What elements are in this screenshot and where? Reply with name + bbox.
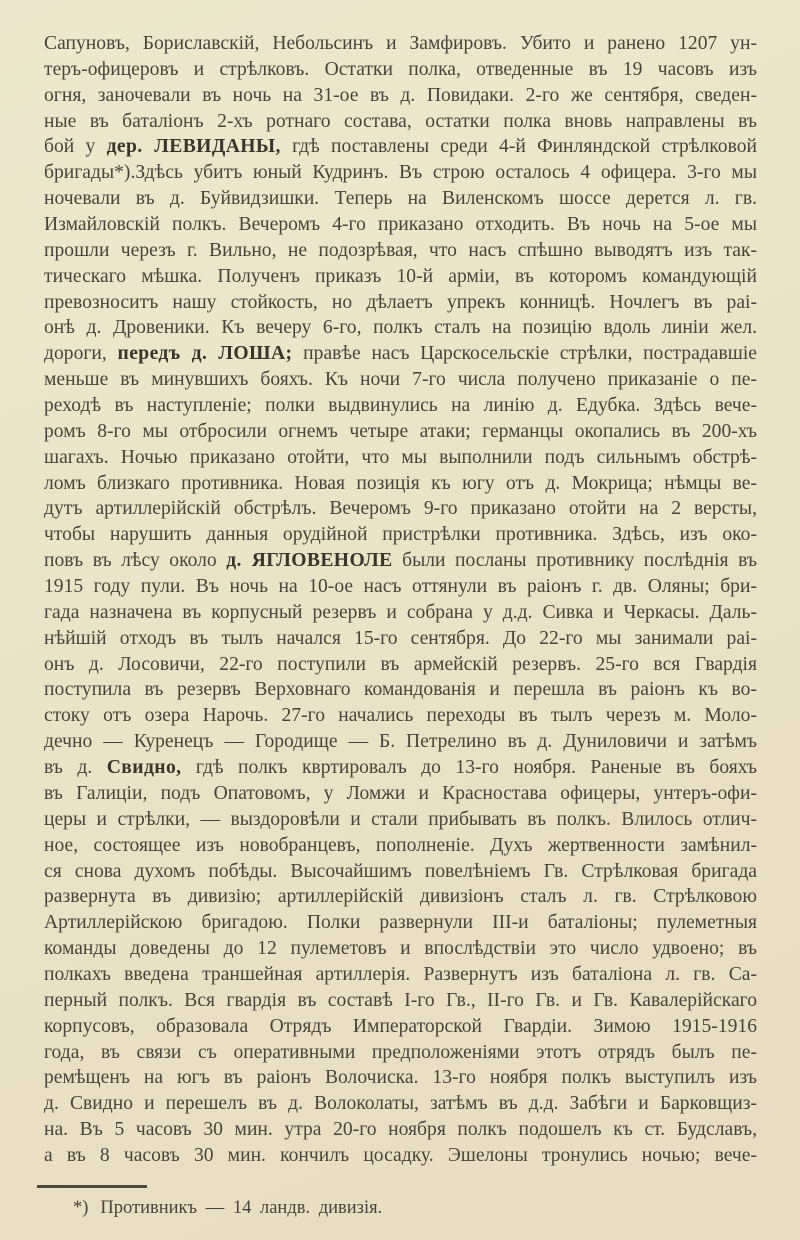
text-line: теръ-офицеровъ и стрѣлковъ. Остатки полк… — [44, 57, 757, 83]
text-line: ное, состоящее изъ новобранцевъ, пополне… — [44, 833, 757, 859]
text-line: онъ д. Лосовичи, 22-го поступили въ арме… — [44, 652, 757, 678]
text-line: церы и стрѣлки, — выздоровѣли и стали пр… — [44, 807, 757, 833]
text-line: года, въ связи съ оперативными предполож… — [44, 1040, 757, 1066]
text-line: дечно — Куренецъ — Городище — Б. Петрели… — [44, 729, 757, 755]
text-line: а въ 8 часовъ 30 мин. кончилъ цосадку. Э… — [44, 1143, 757, 1169]
place-name-emphasis: Свидно, — [107, 757, 182, 778]
text-line: нѣйшій отходъ въ тылъ начался 15-го сент… — [44, 626, 757, 652]
text-line: д. Свидно и перешелъ въ д. Волоколаты, з… — [44, 1091, 757, 1117]
text-line: корпусовъ, образовала Отрядъ Императорск… — [44, 1014, 757, 1040]
text-line: тическаго мѣшка. Полученъ приказъ 10-й а… — [44, 264, 757, 290]
text-line: въ д. Свидно, гдѣ полкъ квртировалъ до 1… — [44, 755, 757, 781]
text-line: на. Въ 5 часовъ 30 мин. утра 20-го ноябр… — [44, 1117, 757, 1143]
text-line: шагахъ. Ночью приказано отойти, что мы в… — [44, 445, 757, 471]
text-line: команды доведены до 12 пулеметовъ и впос… — [44, 936, 757, 962]
text-line: гада назначена въ корпусный резервъ и со… — [44, 600, 757, 626]
footnote: *)Противникъ — 14 ландв. дивизія. — [73, 1196, 382, 1220]
footnote-marker: *) — [73, 1198, 88, 1218]
text-line: развернута въ дивизію; артиллерійскій ди… — [44, 884, 757, 910]
text-line: ремѣщенъ на югъ въ раіонъ Волочиска. 13-… — [44, 1065, 757, 1091]
text-line: ся снова духомъ побѣды. Высочайшимъ пове… — [44, 859, 757, 885]
text-line: Измайловскій полкъ. Вечеромъ 4-го приказ… — [44, 212, 757, 238]
text-line: полкахъ введена траншейная артиллерія. Р… — [44, 962, 757, 988]
text-line: реходѣ въ наступленіе; полки выдвинулись… — [44, 393, 757, 419]
text-line: 1915 году пули. Въ ночь на 10-ое насъ от… — [44, 574, 757, 600]
text-line: меньше въ минувшихъ бояхъ. Къ ночи 7-го … — [44, 367, 757, 393]
text-line: чтобы нарушить данныя орудійной пристрѣл… — [44, 522, 757, 548]
book-page: Сапуновъ, Бориславскій, Небольсинъ и Зам… — [0, 0, 800, 1240]
place-name-emphasis: передъ д. ЛОША; — [118, 343, 293, 364]
text-line: поступила въ резервъ Верховнаго командов… — [44, 677, 757, 703]
text-line: превозноситъ нашу стойкость, но дѣлаетъ … — [44, 290, 757, 316]
text-line: перный полкъ. Вся гвардія въ составѣ I-г… — [44, 988, 757, 1014]
text-line: стоку отъ озера Нарочь. 27-го начались п… — [44, 703, 757, 729]
text-line: ломъ близкаго противника. Новая позиція … — [44, 471, 757, 497]
text-line: въ Галиціи, подъ Опатовомъ, у Ломжи и Кр… — [44, 781, 757, 807]
place-name-emphasis: д. ЯГЛОВЕНОЛЕ — [226, 550, 392, 571]
text-line: бой у дер. ЛЕВИДАНЫ, гдѣ поставлены сред… — [44, 134, 757, 160]
text-line: онѣ д. Дровеники. Къ вечеру 6-го, полкъ … — [44, 315, 757, 341]
text-line: Сапуновъ, Бориславскій, Небольсинъ и Зам… — [44, 31, 757, 57]
text-line: Артиллерійскою бригадою. Полки развернул… — [44, 910, 757, 936]
text-line: ночевали въ д. Буйвидзишки. Теперь на Ви… — [44, 186, 757, 212]
place-name-emphasis: дер. ЛЕВИДАНЫ, — [107, 136, 281, 157]
text-line: повъ въ лѣсу около д. ЯГЛОВЕНОЛЕ были по… — [44, 548, 757, 574]
footnote-separator — [37, 1185, 147, 1188]
footnote-text: Противникъ — 14 ландв. дивизія. — [100, 1198, 382, 1218]
text-line: ромъ 8-го мы отбросили огнемъ четыре ата… — [44, 419, 757, 445]
text-line: дороги, передъ д. ЛОША; правѣе насъ Царс… — [44, 341, 757, 367]
text-line: прошли черезъ г. Вильно, не подозрѣвая, … — [44, 238, 757, 264]
text-line: огня, заночевали въ ночь на 31-ое въ д. … — [44, 83, 757, 109]
text-line: ные въ баталіонъ 2-хъ ротнаго состава, о… — [44, 109, 757, 135]
body-text-block: Сапуновъ, Бориславскій, Небольсинъ и Зам… — [44, 31, 757, 1169]
text-line: дутъ артиллерійскій обстрѣлъ. Вечеромъ 9… — [44, 496, 757, 522]
text-line: бригады*).Здѣсь убитъ юный Кудринъ. Въ с… — [44, 160, 757, 186]
